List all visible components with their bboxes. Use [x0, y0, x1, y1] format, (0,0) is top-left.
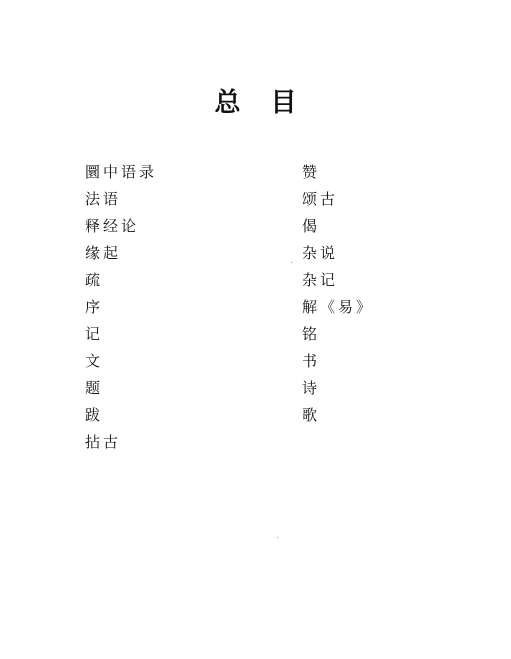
- toc-entry: 歌: [302, 405, 374, 432]
- toc-entry: 杂记: [302, 270, 374, 297]
- toc-entry: 赞: [302, 162, 374, 189]
- toc-entry: 记: [85, 324, 157, 351]
- toc-entry: 杂说: [302, 243, 374, 270]
- toc-right-column: 赞 颂古 偈 杂说 杂记 解《易》 铭 书 诗 歌: [302, 162, 374, 432]
- page-title-part-1: 总: [214, 88, 240, 118]
- scan-speck: [277, 537, 278, 538]
- toc-entry: 铭: [302, 324, 374, 351]
- toc-entry: 跋: [85, 405, 157, 432]
- toc-entry: 拈古: [85, 432, 157, 459]
- toc-entry: 释经论: [85, 216, 157, 243]
- toc-entry: 颂古: [302, 189, 374, 216]
- toc-entry: 法语: [85, 189, 157, 216]
- toc-entry: 序: [85, 297, 157, 324]
- page-title-part-2: 目: [271, 88, 297, 118]
- toc-left-column: 圜中语录 法语 释经论 缘起 疏 序 记 文 题 跋 拈古: [85, 162, 157, 459]
- toc-entry: 诗: [302, 378, 374, 405]
- toc-entry: 偈: [302, 216, 374, 243]
- toc-entry: 缘起: [85, 243, 157, 270]
- toc-entry: 题: [85, 378, 157, 405]
- toc-entry: 文: [85, 351, 157, 378]
- toc-entry: 疏: [85, 270, 157, 297]
- toc-entry: 书: [302, 351, 374, 378]
- page-title: 总目: [0, 82, 511, 119]
- scan-speck: [291, 262, 292, 263]
- toc-entry: 圜中语录: [85, 162, 157, 189]
- toc-entry: 解《易》: [302, 297, 374, 324]
